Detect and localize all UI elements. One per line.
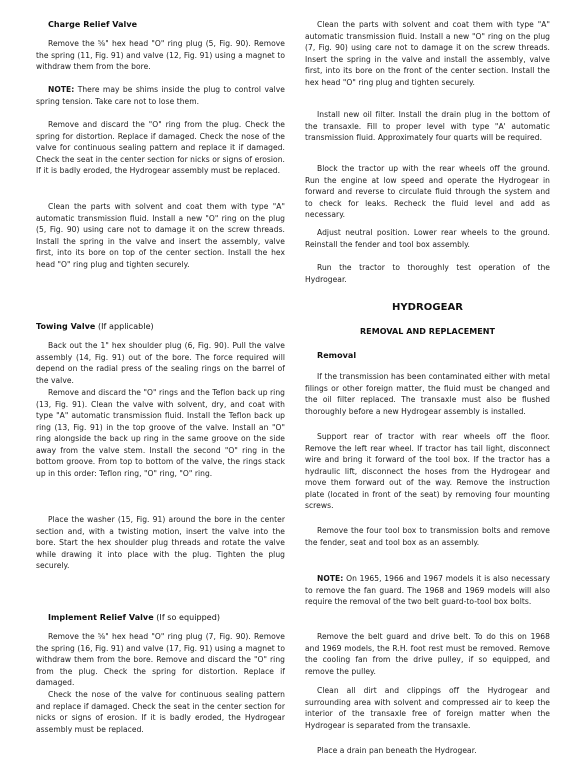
- section-heading: Implement Relief Valve: [48, 613, 154, 622]
- section-heading: Charge Relief Valve: [36, 19, 285, 31]
- chapter-title: HYDROGEAR: [305, 302, 550, 314]
- paragraph: Support rear of tractor with rear wheels…: [305, 431, 550, 512]
- paragraph: Remove and discard the "O" rings and the…: [36, 387, 285, 479]
- paragraph: Remove the belt guard and drive belt. To…: [305, 631, 550, 677]
- paragraph: Remove the ⅝" hex head "O" ring plug (7,…: [36, 631, 285, 689]
- paragraph: Clean the parts with solvent and coat th…: [305, 19, 550, 88]
- heading-note: (If applicable): [95, 322, 153, 331]
- paragraph: Adjust neutral position. Lower rear whee…: [305, 227, 550, 250]
- paragraph: Clean the parts with solvent and coat th…: [36, 201, 285, 270]
- section-heading: Towing Valve: [36, 322, 95, 331]
- paragraph: Remove the ⅝" hex head "O" ring plug (5,…: [36, 38, 285, 73]
- paragraph: Back out the 1" hex shoulder plug (6, Fi…: [36, 340, 285, 386]
- paragraph: If the transmission has been contaminate…: [305, 371, 550, 417]
- note-paragraph: NOTE: There may be shims inside the plug…: [36, 84, 285, 107]
- paragraph: Run the tractor to thoroughly test opera…: [305, 262, 550, 285]
- paragraph: Remove and discard the "O" ring from the…: [36, 119, 285, 177]
- paragraph: Place a drain pan beneath the Hydrogear.: [305, 745, 550, 757]
- paragraph: Check the nose of the valve for continuo…: [36, 689, 285, 735]
- paragraph: Remove the four tool box to transmission…: [305, 525, 550, 548]
- paragraph: Clean all dirt and clippings off the Hyd…: [305, 685, 550, 731]
- paragraph: Block the tractor up with the rear wheel…: [305, 163, 550, 221]
- paragraph: Place the washer (15, Fig. 91) around th…: [36, 514, 285, 572]
- towing-valve-heading: Towing Valve (If applicable): [36, 321, 285, 333]
- implement-relief-valve-heading: Implement Relief Valve (If so equipped): [36, 612, 285, 624]
- note-label: NOTE:: [317, 574, 343, 583]
- removal-heading: Removal: [305, 350, 550, 362]
- note-label: NOTE:: [48, 85, 74, 94]
- heading-note: (If so equipped): [154, 613, 220, 622]
- paragraph: Install new oil filter. Install the drai…: [305, 109, 550, 144]
- section-title: REMOVAL AND REPLACEMENT: [305, 326, 550, 338]
- charge-relief-valve-heading: Charge Relief Valve: [36, 19, 285, 31]
- note-paragraph: NOTE: On 1965, 1966 and 1967 models it i…: [305, 573, 550, 608]
